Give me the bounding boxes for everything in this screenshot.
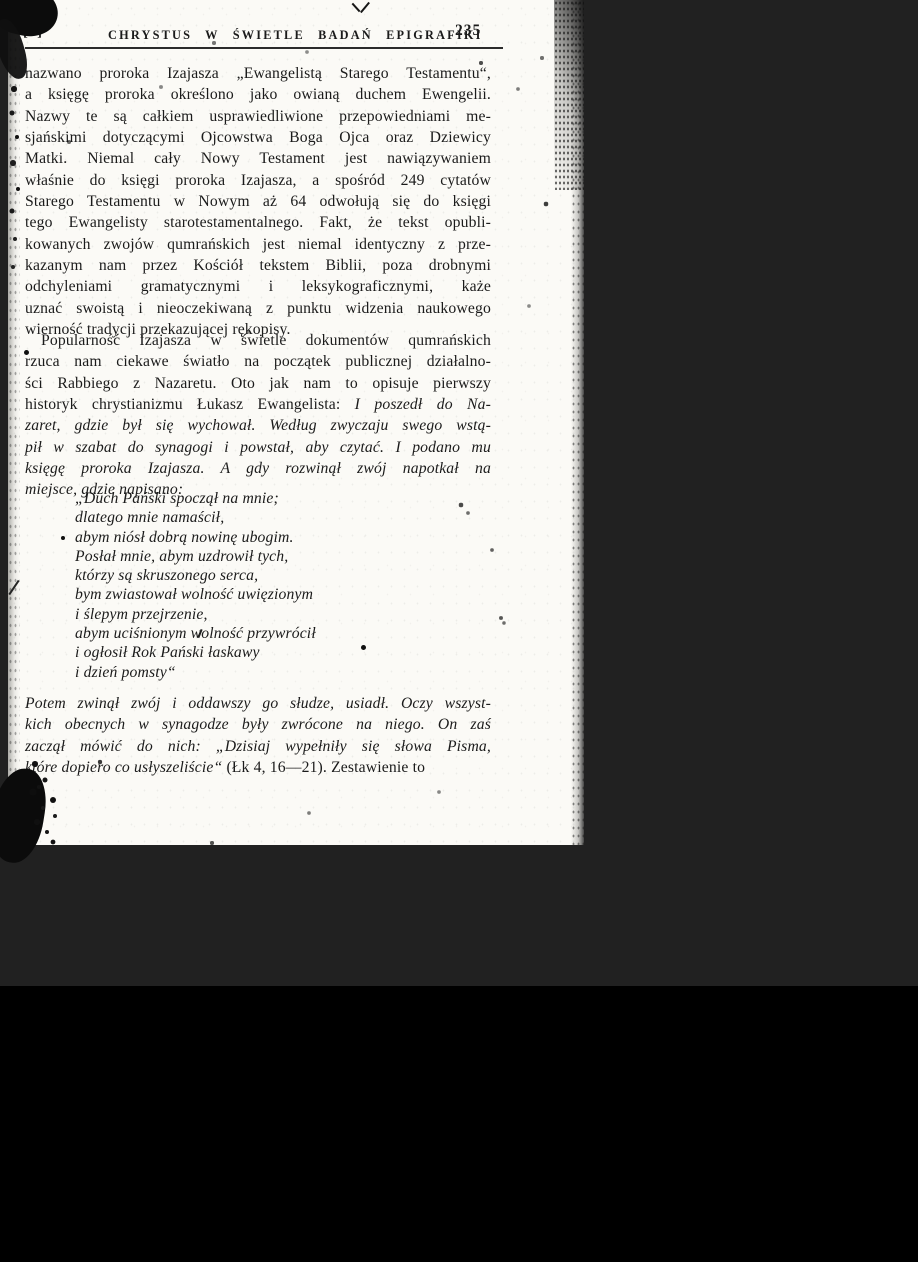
text-line: Matki. Niemal cały Nowy Testament jest n… (25, 148, 491, 169)
verse-line: „Duch Pański spoczął na mnie; (75, 489, 475, 508)
ink-dot (50, 797, 56, 803)
text-line: odchyleniami gramatycznymi i leksykograf… (25, 276, 491, 297)
ink-dot (361, 645, 366, 650)
verse-line: i ogłosił Rok Pański łaskawy (75, 643, 475, 662)
verse-line: bym zwiastował wolność uwięzionym (75, 585, 475, 604)
text-line: tego Ewangelisty starotestamentalnego. F… (25, 212, 491, 233)
top-right-smudge (554, 0, 584, 190)
text-italic: I poszedł do Na- (355, 396, 491, 413)
left-edge-specks (10, 70, 12, 72)
text-line: zaczął mówić do nich: „Dzisiaj wypełniły… (25, 736, 491, 757)
text-line: a księgę proroka określono jako owianą d… (25, 84, 491, 105)
text-line: zaret, gdzie był się wychował. Według zw… (25, 415, 491, 436)
text-line-mixed: które dopiero co usłyszeliście“ (Łk 4, 1… (25, 757, 491, 778)
text-line: pił w szabat do synagogi i powstał, aby … (25, 437, 491, 458)
verse-line: abym niósł dobrą nowinę ubogim. (75, 528, 475, 547)
text-line: księgę proroka Izajasza. A gdy rozwinął … (25, 458, 491, 479)
verse-line: i dzień pomsty“ (75, 663, 475, 682)
text-line: Popularność Izajasza w świetle dokumentó… (25, 330, 491, 351)
paragraph-3: Potem zwinął zwój i oddawszy go słudze, … (25, 693, 491, 778)
paragraph-1: nazwano proroka Izajasza „Ewangelistą St… (25, 63, 491, 340)
text-line: ści Rabbiego z Nazaretu. Oto jak nam to … (25, 373, 491, 394)
ink-dot (61, 536, 65, 540)
verse-line: którzy są skruszonego serca, (75, 566, 475, 585)
scripture-quotation-verse: „Duch Pański spoczął na mnie; dlatego mn… (75, 489, 475, 682)
text-line: Nazwy te są całkiem usprawiedliwione prz… (25, 106, 491, 127)
bottom-left-specks (28, 755, 30, 757)
text-line: nazwano proroka Izajasza „Ewangelistą St… (25, 63, 491, 84)
verse-line: i ślepym przejrzenie, (75, 605, 475, 624)
verse-line: abym uciśnionym wolność przywrócił (75, 624, 475, 643)
text-line: kich obecnych w synagodze były zwrócone … (25, 714, 491, 735)
text-column: nazwano proroka Izajasza „Ewangelistą St… (25, 0, 491, 845)
scanned-page-viewport: [6] CHRYSTUS W ŚWIETLE BADAŃ EPIGRAFIKI … (0, 0, 918, 1262)
text-line: kazanym nam przez Kościół tekstem Biblii… (25, 255, 491, 276)
text-roman: historyk chrystianizmu Łukasz Ewangelist… (25, 396, 355, 413)
text-line: kowanych zwojów qumrańskich jest niemal … (25, 234, 491, 255)
paragraph-2: Popularność Izajasza w świetle dokumentó… (25, 330, 491, 501)
verse-line: Posłał mnie, abym uzdrowił tych, (75, 547, 475, 566)
text-line-mixed: historyk chrystianizmu Łukasz Ewangelist… (25, 394, 491, 415)
text-italic: które dopiero co usłyszeliście“ (25, 759, 226, 776)
text-line: rzuca nam ciekawe światło na początek pu… (25, 351, 491, 372)
text-line: właśnie do księgi proroka Izajasza, a sp… (25, 170, 491, 191)
text-line: Starego Testamentu w Nowym aż 64 odwołuj… (25, 191, 491, 212)
book-page: [6] CHRYSTUS W ŚWIETLE BADAŃ EPIGRAFIKI … (8, 0, 584, 845)
page-left-edge-texture (8, 0, 20, 845)
ink-dot (24, 350, 29, 355)
text-line: Potem zwinął zwój i oddawszy go słudze, … (25, 693, 491, 714)
text-line: uznać swoistą i nieoczekiwaną z punktu w… (25, 298, 491, 319)
text-roman: (Łk 4, 16—21). Zestawienie to (226, 759, 425, 776)
scattered-specks (8, 0, 10, 2)
text-line: sjańskimi dotyczącymi Ojcowstwa Boga Ojc… (25, 127, 491, 148)
verse-line: dlatego mnie namaścił, (75, 508, 475, 527)
